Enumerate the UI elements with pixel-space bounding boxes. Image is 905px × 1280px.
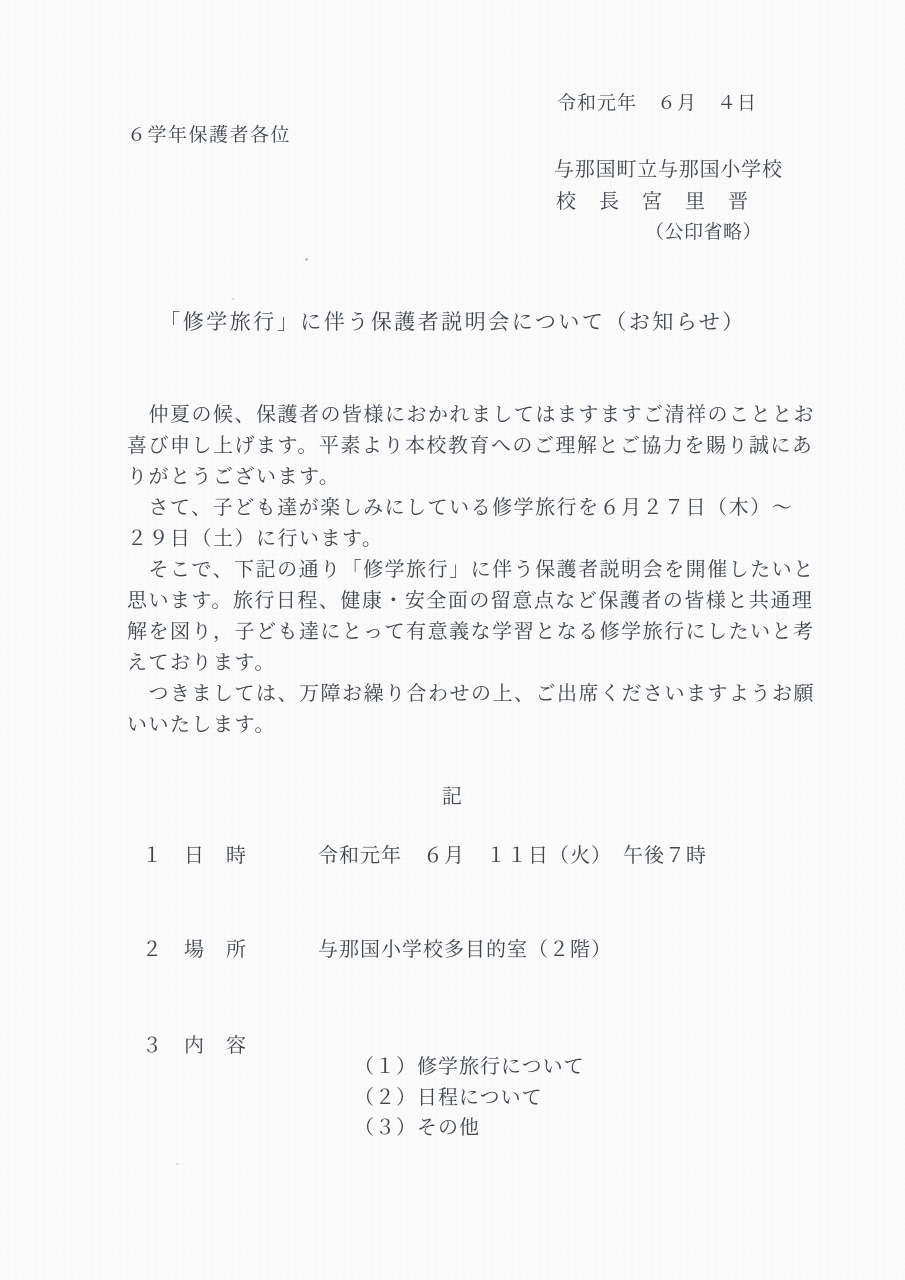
- body-line: 喜び申し上げます。平素より本校教育へのご理解とご協力を賜り誠にあ: [127, 431, 827, 462]
- body-line: 思います。旅行日程、健康・安全面の留意点など保護者の皆様と共通理: [127, 586, 827, 617]
- scan-speck: [305, 258, 308, 261]
- item-value-place: 与那国小学校多目的室（２階）: [318, 933, 612, 962]
- body-line: りがとうございます。: [127, 462, 827, 493]
- item-label-place: ２ 場 所: [142, 933, 247, 962]
- item-value-datetime: 令和元年 ６月 １１日（火） 午後７時: [318, 839, 707, 868]
- item-label-contents: ３ 内 容: [142, 1029, 247, 1058]
- body-line: そこで、下記の通り「修学旅行」に伴う保護者説明会を開催したいと: [127, 555, 827, 586]
- scan-speck: [176, 1163, 179, 1165]
- body-line: 仲夏の候、保護者の皆様におかれましてはますますご清祥のこととお: [127, 400, 827, 431]
- item-value-contents: （１）修学旅行について （２）日程について （３）その他: [318, 1029, 585, 1167]
- scan-speck: [232, 298, 234, 300]
- sender-principal-name: 校 長 宮 里 晋: [556, 185, 750, 214]
- scan-speck: [627, 557, 630, 559]
- body-line: さて、子ども達が楽しみにしている修学旅行を６月２７日（木）〜: [127, 493, 827, 524]
- content-sub-item: （２）日程について: [354, 1087, 543, 1109]
- scanned-notice-page: 令和元年 ６月 ４日 ６学年保護者各位 与那国町立与那国小学校 校 長 宮 里 …: [0, 0, 905, 1280]
- document-title: 「修学旅行」に伴う保護者説明会について（お知らせ）: [0, 306, 905, 336]
- body-line: ２９日（土）に行います。: [127, 524, 827, 555]
- sender-school-name: 与那国町立与那国小学校: [554, 153, 783, 182]
- body-text-block: 仲夏の候、保護者の皆様におかれましてはますますご清祥のこととお 喜び申し上げます…: [127, 400, 827, 741]
- record-marker: 記: [0, 780, 905, 809]
- body-line: えております。: [127, 648, 827, 679]
- body-line: 解を図り，子ども達にとって有意義な学習となる修学旅行にしたいと考: [127, 617, 827, 648]
- item-label-datetime: １ 日 時: [142, 839, 247, 868]
- body-line: つきましては、万障お繰り合わせの上、ご出席くださいますようお願: [127, 679, 827, 710]
- issue-date: 令和元年 ６月 ４日: [557, 88, 757, 115]
- seal-omitted-note: （公印省略）: [645, 217, 762, 244]
- content-sub-item: （１）修学旅行について: [354, 1056, 585, 1078]
- body-line: いいたします。: [127, 710, 827, 741]
- content-sub-item: （３）その他: [354, 1117, 480, 1139]
- recipient-line: ６学年保護者各位: [127, 120, 291, 147]
